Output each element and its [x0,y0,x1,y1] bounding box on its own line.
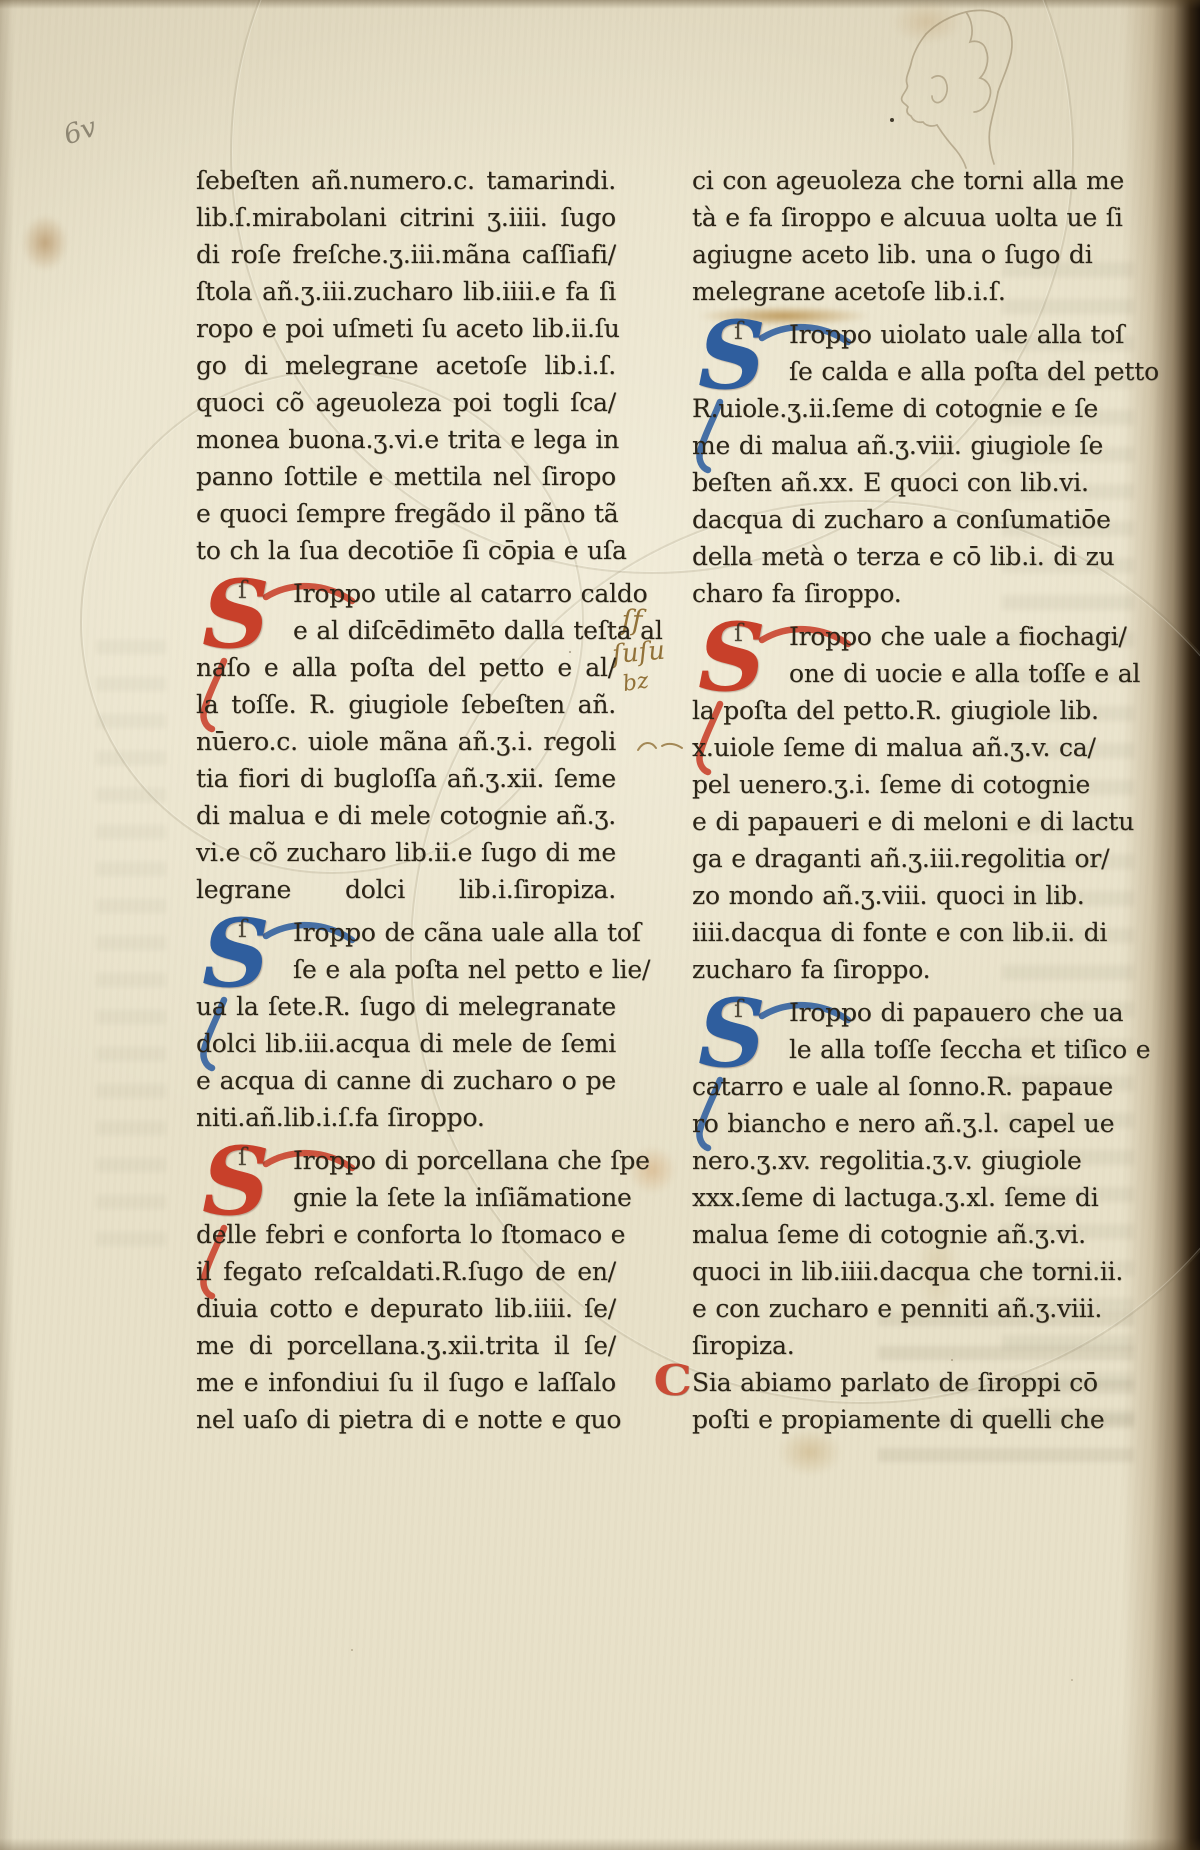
text-line: ſiropiza. [692,1327,1072,1364]
page-edge-shadow-left [0,0,14,1850]
text-section: SſIroppo che uale a fiochagi/one di uoci… [692,618,1072,988]
text-line: diuia cotto e depurato lib.iiii. ſe/ [196,1290,616,1327]
text-line: beſten añ.xx. E quoci con lib.vi. [692,464,1072,501]
text-line: malua ſeme di cotognie añ.ʒ.vi. [692,1216,1072,1253]
text-section: SſIroppo di papauero che uale alla toſſe… [692,994,1072,1364]
text-line: dacqua di zucharo a conſumatiōe [692,501,1072,538]
text-line: di roſe freſche.ʒ.iii.mãna caſſiafi/ [196,236,616,273]
text-line: lib.ſ.mirabolani citrini ʒ.iiii. ſugo [196,199,616,236]
text-line: ſe calda e alla poſta del petto [692,353,1072,390]
text-line: ſe e ala poſta nel petto e lie/ [196,951,616,988]
text-line: Iroppo di porcellana che ſpe [196,1142,616,1179]
foxing-stain [22,215,68,271]
text-line: me di porcellana.ʒ.xii.trita il ſe/ [196,1327,616,1364]
text-line: naſo e alla poſta del petto e al/ [196,649,616,686]
text-section: CSia abiamo parlato de ſiroppi cōpoſti e… [692,1364,1072,1438]
text-line: ropo e poi uſmeti ſu aceto lib.ii.ſu [196,310,616,347]
show-through-text [96,640,166,1260]
text-line: me e infondiui ſu il ſugo e laſſalo [196,1364,616,1401]
text-line: della metà o terza e cō lib.i. di zu [692,538,1072,575]
text-line: e al diſcēdimēto dalla teſta al [196,612,616,649]
text-line: catarro e uale al ſonno.R. papaue [692,1068,1072,1105]
text-line: pel uenero.ʒ.i. ſeme di cotognie [692,766,1072,803]
text-line: go di melegrane acetoſe lib.i.ſ. [196,347,616,384]
text-line: nero.ʒ.xv. regolitia.ʒ.v. giugiole [692,1142,1072,1179]
text-line: ro biancho e nero añ.ʒ.l. capel ue [692,1105,1072,1142]
text-line: la poſta del petto.R. giugiole lib. [692,692,1072,729]
text-line: nel uaſo di pietra di e notte e quo [196,1401,616,1438]
text-line: nūero.c. uiole mãna añ.ʒ.i. regoli [196,723,616,760]
text-line: one di uocie e alla toſſe e al [692,655,1072,692]
text-line: delle febri e conforta lo ſtomaco e [196,1216,616,1253]
text-line: Iroppo uiolato uale alla toſ [692,316,1072,353]
text-section: SſIroppo utile al catarro caldoe al diſc… [196,575,616,908]
text-section: SſIroppo di porcellana che ſpegnie la ſe… [196,1142,616,1438]
text-line: Iroppo utile al catarro caldo [196,575,616,612]
text-line: le alla toſſe ſeccha et tiſico e [692,1031,1072,1068]
text-line: e con zucharo e penniti añ.ʒ.viii. [692,1290,1072,1327]
text-section: SſIroppo de cãna uale alla toſſe e ala p… [196,914,616,1136]
text-section: ci con ageuoleza che torni alla metà e f… [692,162,1072,310]
text-line: poſti e propiamente di quelli che [692,1401,1072,1438]
folio-mark: 6v [60,112,100,152]
text-column-left: ſebeſten añ.numero.c. tamarindi.lib.ſ.mi… [196,162,616,1438]
text-line: ci con ageuoleza che torni alla me [692,162,1072,199]
text-line: tia fiori di bugloſſa añ.ʒ.xii. ſeme [196,760,616,797]
text-line: la toſſe. R. giugiole ſebeſten añ. [196,686,616,723]
text-line: quoci in lib.iiii.dacqua che torni.ii. [692,1253,1072,1290]
text-line: R.uiole.ʒ.ii.ſeme di cotognie e ſe [692,390,1072,427]
text-line: panno ſottile e mettila nel ſiropo [196,458,616,495]
text-section: SſIroppo uiolato uale alla toſſe calda e… [692,316,1072,612]
text-line: ſebeſten añ.numero.c. tamarindi. [196,162,616,199]
text-line: tà e fa ſiroppo e alcuua uolta ue ſi [692,199,1072,236]
text-line: x.uiole ſeme di malua añ.ʒ.v. ca/ [692,729,1072,766]
text-line: me di malua añ.ʒ.viii. giugiole ſe [692,427,1072,464]
text-line: agiugne aceto lib. una o ſugo di [692,236,1072,273]
text-line: e acqua di canne di zucharo o pe [196,1062,616,1099]
text-line: ua la ſete.R. ſugo di melegranate [196,988,616,1025]
text-line: Iroppo di papauero che ua [692,994,1072,1031]
text-line: CSia abiamo parlato de ſiroppi cō [692,1364,1072,1401]
text-line: monea buona.ʒ.vi.e trita e lega in [196,421,616,458]
pencil-head-sketch [880,0,1030,175]
text-section: ſebeſten añ.numero.c. tamarindi.lib.ſ.mi… [196,162,616,569]
text-line: ſtola añ.ʒ.iii.zucharo lib.iiii.e fa ſi [196,273,616,310]
text-line: dolci lib.iii.acqua di mele de ſemi [196,1025,616,1062]
text-line: e quoci ſempre fregãdo il pãno tã [196,495,616,532]
text-line: Iroppo de cãna uale alla toſ [196,914,616,951]
text-line: di malua e di mele cotognie añ.ʒ. [196,797,616,834]
text-line: Iroppo che uale a fiochagi/ [692,618,1072,655]
text-line: ga e draganti añ.ʒ.iii.regolitia or/ [692,840,1072,877]
text-line: vi.e cõ zucharo lib.ii.e ſugo di me [196,834,616,871]
text-line: il fegato reſcaldati.R.ſugo de en/ [196,1253,616,1290]
text-line: zo mondo añ.ʒ.viii. quoci in lib. [692,877,1072,914]
book-page: 6v ſf ſuſu bz ſebeſten añ.numero.c. tama… [0,0,1200,1850]
page-edge-shadow-bottom [0,1838,1200,1850]
paragraph-mark: C [654,1359,692,1403]
text-line: iiii.dacqua di fonte e con lib.ii. di [692,914,1072,951]
text-line: e di papaueri e di meloni e di lactu [692,803,1072,840]
text-line: gnie la ſete la inſiãmatione [196,1179,616,1216]
text-line: xxx.ſeme di lactuga.ʒ.xl. ſeme di [692,1179,1072,1216]
text-line: quoci cõ ageuoleza poi togli ſca/ [196,384,616,421]
text-column-right: ci con ageuoleza che torni alla metà e f… [692,162,1072,1438]
